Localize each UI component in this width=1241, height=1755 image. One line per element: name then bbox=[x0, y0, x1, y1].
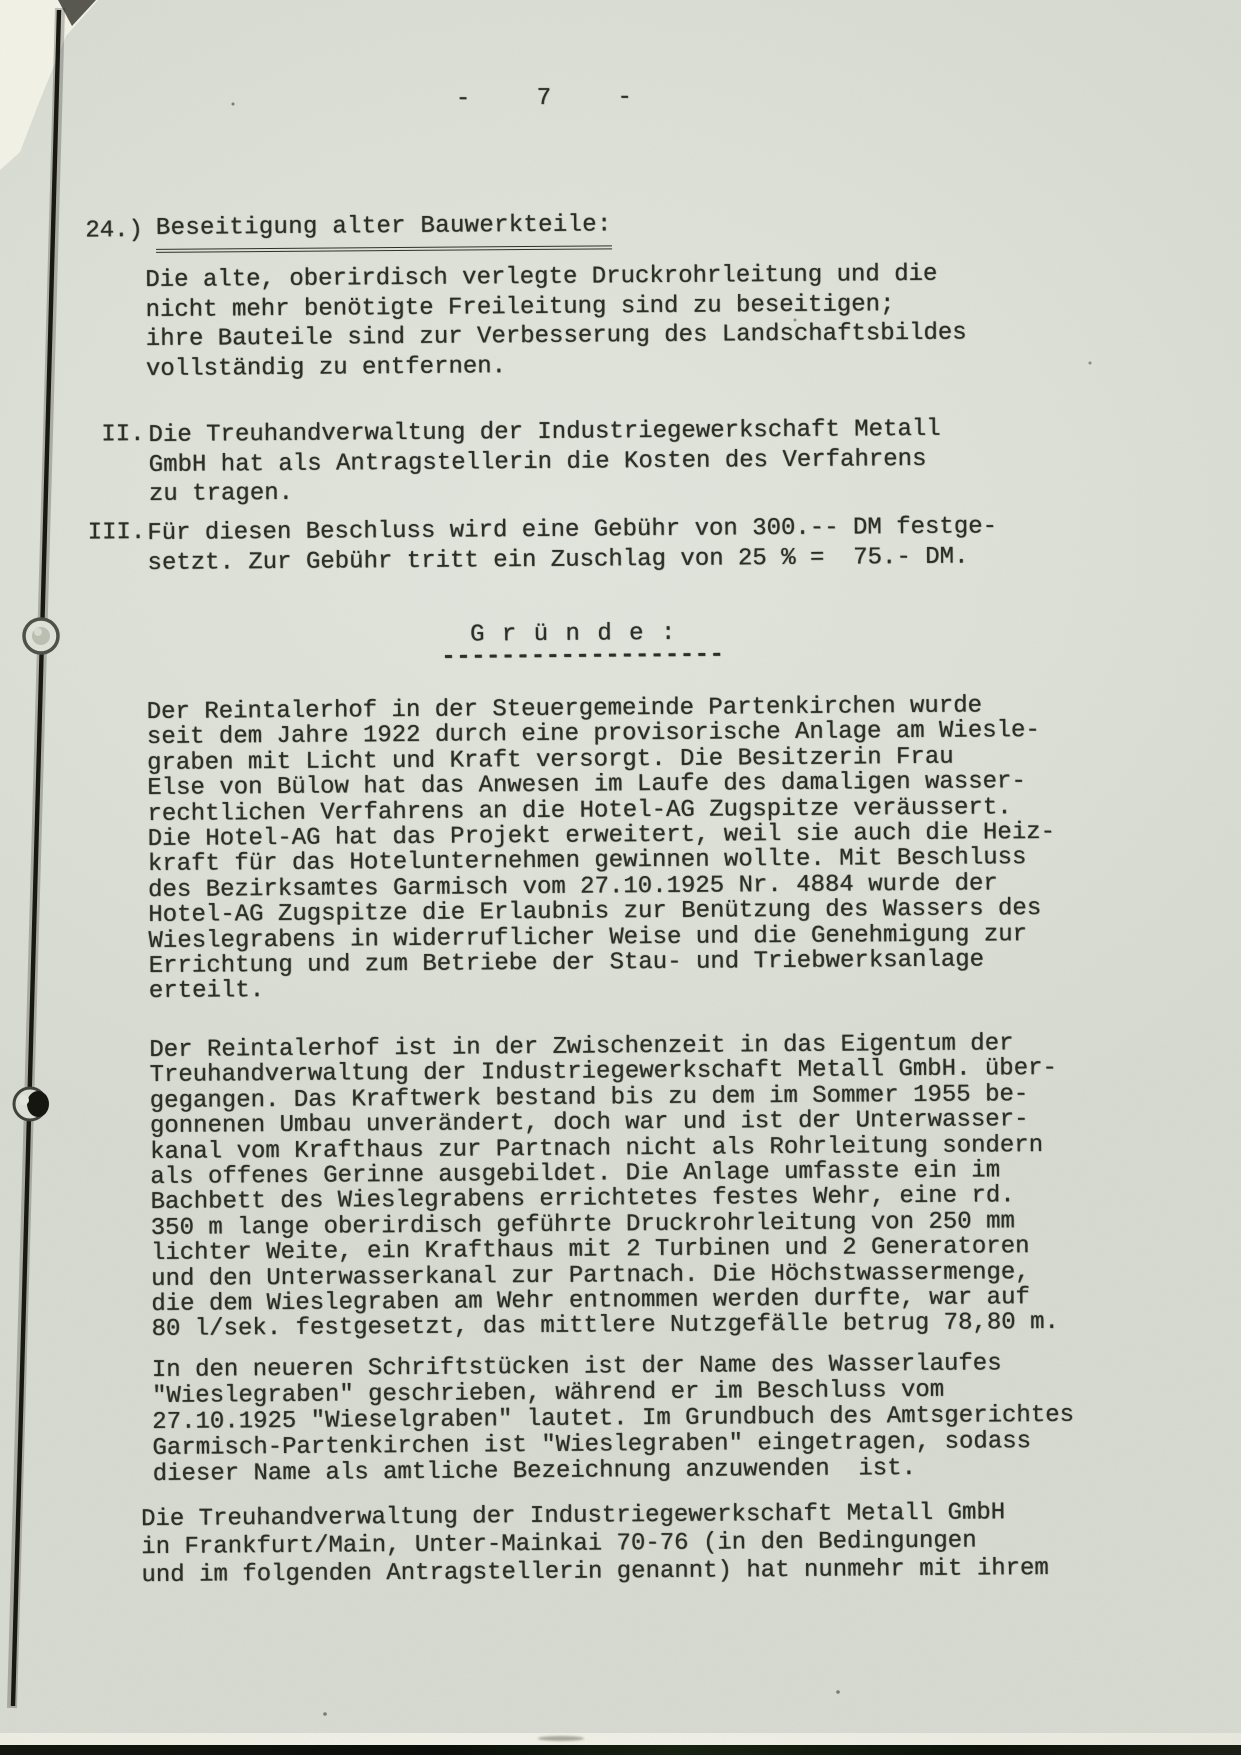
paragraph-history-1922: Der Reintalerhof in der Steuergemeinde P… bbox=[147, 693, 1057, 1005]
paragraph-name-wieslegraben: In den neueren Schriftstücken ist der Na… bbox=[152, 1351, 1075, 1488]
scan-edge-dark-strip bbox=[0, 1745, 1241, 1755]
section-ii-marker: II. bbox=[82, 421, 144, 448]
section-24-heading: Beseitigung alter Bauwerkteile: bbox=[156, 211, 612, 253]
paragraph-kraftwerk: Der Reintalerhof ist in der Zwischenzeit… bbox=[149, 1031, 1059, 1343]
scanned-document-page: - 7 - 24.) Beseitigung alter Bauwerkteil… bbox=[0, 0, 1241, 1755]
section-24-body: Die alte, oberirdisch verlegte Druckrohr… bbox=[145, 260, 967, 384]
section-24-marker: 24.) bbox=[81, 217, 143, 244]
section-iii-marker: III. bbox=[83, 519, 145, 546]
scan-edge-smudge bbox=[538, 1736, 584, 1741]
page-number: - 7 - bbox=[456, 84, 658, 113]
section-ii-body: Die Treuhandverwaltung der Industriegewe… bbox=[148, 415, 941, 510]
typewritten-content: - 7 - 24.) Beseitigung alter Bauwerkteil… bbox=[0, 0, 1241, 1755]
paragraph-treuhandverwaltung: Die Treuhandverwaltung der Industriegewe… bbox=[141, 1499, 1049, 1591]
gruende-underline: ------------------- bbox=[441, 641, 724, 670]
section-iii-body: Für diesen Beschluss wird eine Gebühr vo… bbox=[147, 512, 997, 578]
